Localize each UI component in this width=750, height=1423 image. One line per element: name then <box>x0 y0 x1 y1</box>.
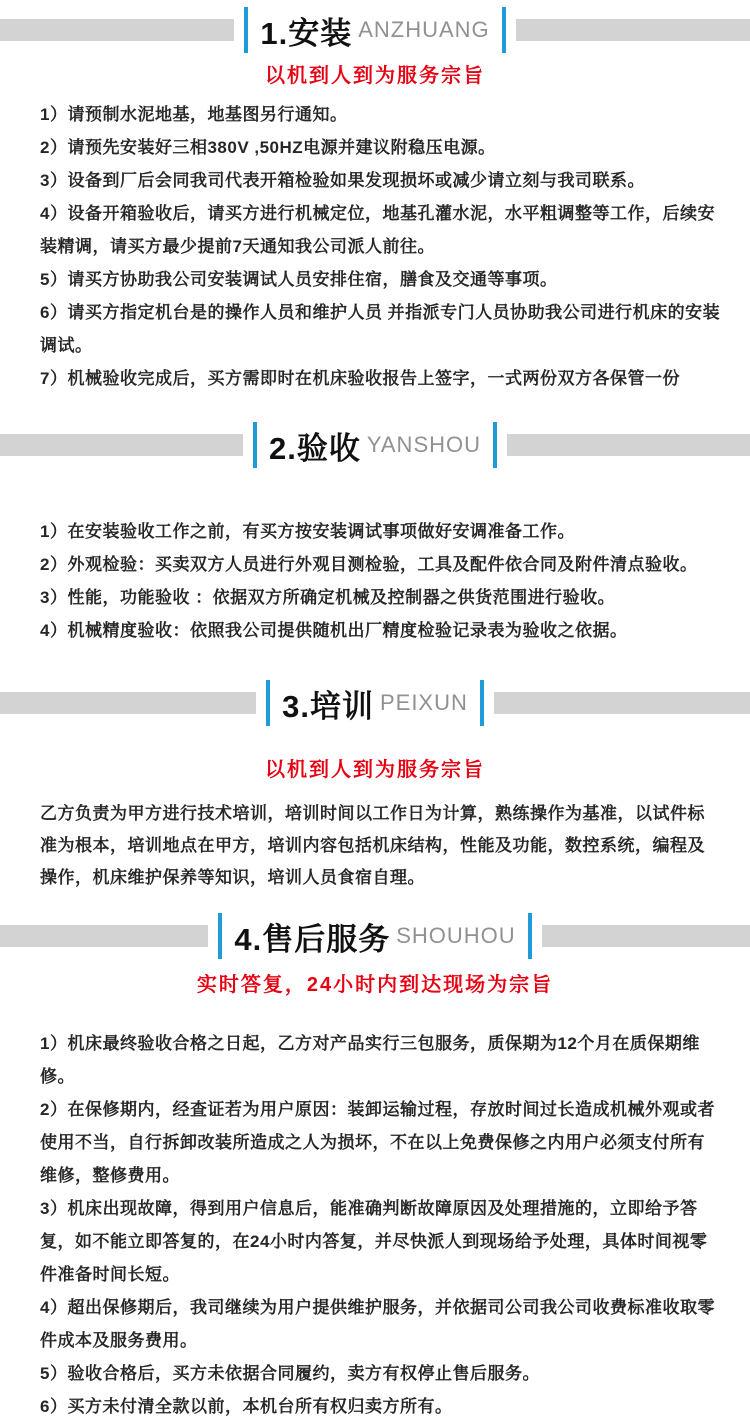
blue-bar-right <box>502 7 506 53</box>
section-installation: 1.安装 ANZHUANG 以机到人到为服务宗旨 1）请预制水泥地基，地基图另行… <box>0 6 750 395</box>
list-item: 2）外观检验：买卖双方人员进行外观目测检验，工具及配件依合同及附件清点验收。 <box>40 548 722 581</box>
section-title: 4.售后服务 <box>234 914 390 959</box>
training-header: 3.培训 PEIXUN <box>0 679 750 727</box>
list-item: 4）机械精度验收：依照我公司提供随机出厂精度检验记录表为验收之依据。 <box>40 614 722 647</box>
list-item: 6）请买方指定机台是的操作人员和维护人员 并指派专门人员协助我公司进行机床的安装… <box>40 296 722 362</box>
header-band-left <box>0 925 208 947</box>
section-title: 3.培训 <box>282 681 374 726</box>
installation-slogan: 以机到人到为服务宗旨 <box>0 59 750 88</box>
list-item: 3）设备到厂后会同我司代表开箱检验如果发现损坏或减少请立刻与我司联系。 <box>40 164 722 197</box>
blue-bar-left <box>266 680 270 726</box>
section-pinyin: SHOUHOU <box>396 923 515 949</box>
section-training: 3.培训 PEIXUN 以机到人到为服务宗旨 乙方负责为甲方进行技术培训，培训时… <box>0 679 750 894</box>
header-band-left <box>0 692 256 714</box>
section-title: 2.验收 <box>269 423 361 468</box>
header-band-right <box>542 925 750 947</box>
blue-bar-right <box>480 680 484 726</box>
list-item: 3）机床出现故障，得到用户信息后，能准确判断故障原因及处理措施的，立即给予答复，… <box>40 1192 722 1291</box>
blue-bar-right <box>493 422 497 468</box>
list-item: 1）请预制水泥地基，地基图另行通知。 <box>40 98 722 131</box>
list-item: 4）设备开箱验收后，请买方进行机械定位，地基孔灌水泥，水平粗调整等工作，后续安装… <box>40 197 722 263</box>
header-band-left <box>0 19 234 41</box>
header-band-right <box>507 434 750 456</box>
list-item: 2）在保修期内，经查证若为用户原因：装卸运输过程，存放时间过长造成机械外观或者使… <box>40 1093 722 1192</box>
after-sales-header: 4.售后服务 SHOUHOU <box>0 912 750 960</box>
after-sales-slogan: 实时答复，24小时内到达现场为宗旨 <box>0 968 750 997</box>
list-item: 5）验收合格后，买方未依据合同履约，卖方有权停止售后服务。 <box>40 1357 722 1390</box>
installation-header-label: 1.安装 ANZHUANG <box>234 6 515 54</box>
acceptance-item-list: 1）在安装验收工作之前，有买方按安装调试事项做好安调准备工作。 2）外观检验：买… <box>0 515 750 647</box>
list-item: 7）机械验收完成后，买方需即时在机床验收报告上签字，一式两份双方各保管一份 <box>40 362 722 395</box>
service-terms-page: 1.安装 ANZHUANG 以机到人到为服务宗旨 1）请预制水泥地基，地基图另行… <box>0 0 750 1423</box>
list-item: 6）买方未付清全款以前，本机台所有权归卖方所有。 <box>40 1390 722 1423</box>
list-item: 3）性能，功能验收 ：依据双方所确定机械及控制器之供货范围进行验收。 <box>40 581 722 614</box>
list-item: 1）在安装验收工作之前，有买方按安装调试事项做好安调准备工作。 <box>40 515 722 548</box>
header-band-right <box>516 19 750 41</box>
section-pinyin: PEIXUN <box>380 690 468 716</box>
blue-bar-left <box>253 422 257 468</box>
section-title: 1.安装 <box>260 8 352 53</box>
training-paragraph: 乙方负责为甲方进行技术培训，培训时间以工作日为计算，熟练操作为基准，以试件标准为… <box>0 798 750 894</box>
section-after-sales: 4.售后服务 SHOUHOU 实时答复，24小时内到达现场为宗旨 1）机床最终验… <box>0 912 750 1423</box>
blue-bar-left <box>218 913 222 959</box>
installation-header: 1.安装 ANZHUANG <box>0 6 750 54</box>
list-item: 4）超出保修期后，我司继续为用户提供维护服务，并依据司公司我公司收费标准收取零件… <box>40 1291 722 1357</box>
blue-bar-left <box>244 7 248 53</box>
section-pinyin: ANZHUANG <box>358 17 489 43</box>
section-acceptance: 2.验收 YANSHOU 1）在安装验收工作之前，有买方按安装调试事项做好安调准… <box>0 421 750 647</box>
acceptance-header-label: 2.验收 YANSHOU <box>243 421 507 469</box>
after-sales-item-list: 1）机床最终验收合格之日起，乙方对产品实行三包服务，质保期为12个月在质保期维修… <box>0 1027 750 1423</box>
acceptance-header: 2.验收 YANSHOU <box>0 421 750 469</box>
installation-item-list: 1）请预制水泥地基，地基图另行通知。 2）请预先安装好三相380V ,50HZ电… <box>0 98 750 395</box>
blue-bar-right <box>528 913 532 959</box>
list-item: 2）请预先安装好三相380V ,50HZ电源并建议附稳压电源。 <box>40 131 722 164</box>
training-slogan: 以机到人到为服务宗旨 <box>0 753 750 782</box>
header-band-right <box>494 692 750 714</box>
after-sales-header-label: 4.售后服务 SHOUHOU <box>208 912 541 960</box>
header-band-left <box>0 434 243 456</box>
list-item: 5）请买方协助我公司安装调试人员安排住宿，膳食及交通等事项。 <box>40 263 722 296</box>
section-pinyin: YANSHOU <box>367 432 481 458</box>
list-item: 1）机床最终验收合格之日起，乙方对产品实行三包服务，质保期为12个月在质保期维修… <box>40 1027 722 1093</box>
training-header-label: 3.培训 PEIXUN <box>256 679 494 727</box>
